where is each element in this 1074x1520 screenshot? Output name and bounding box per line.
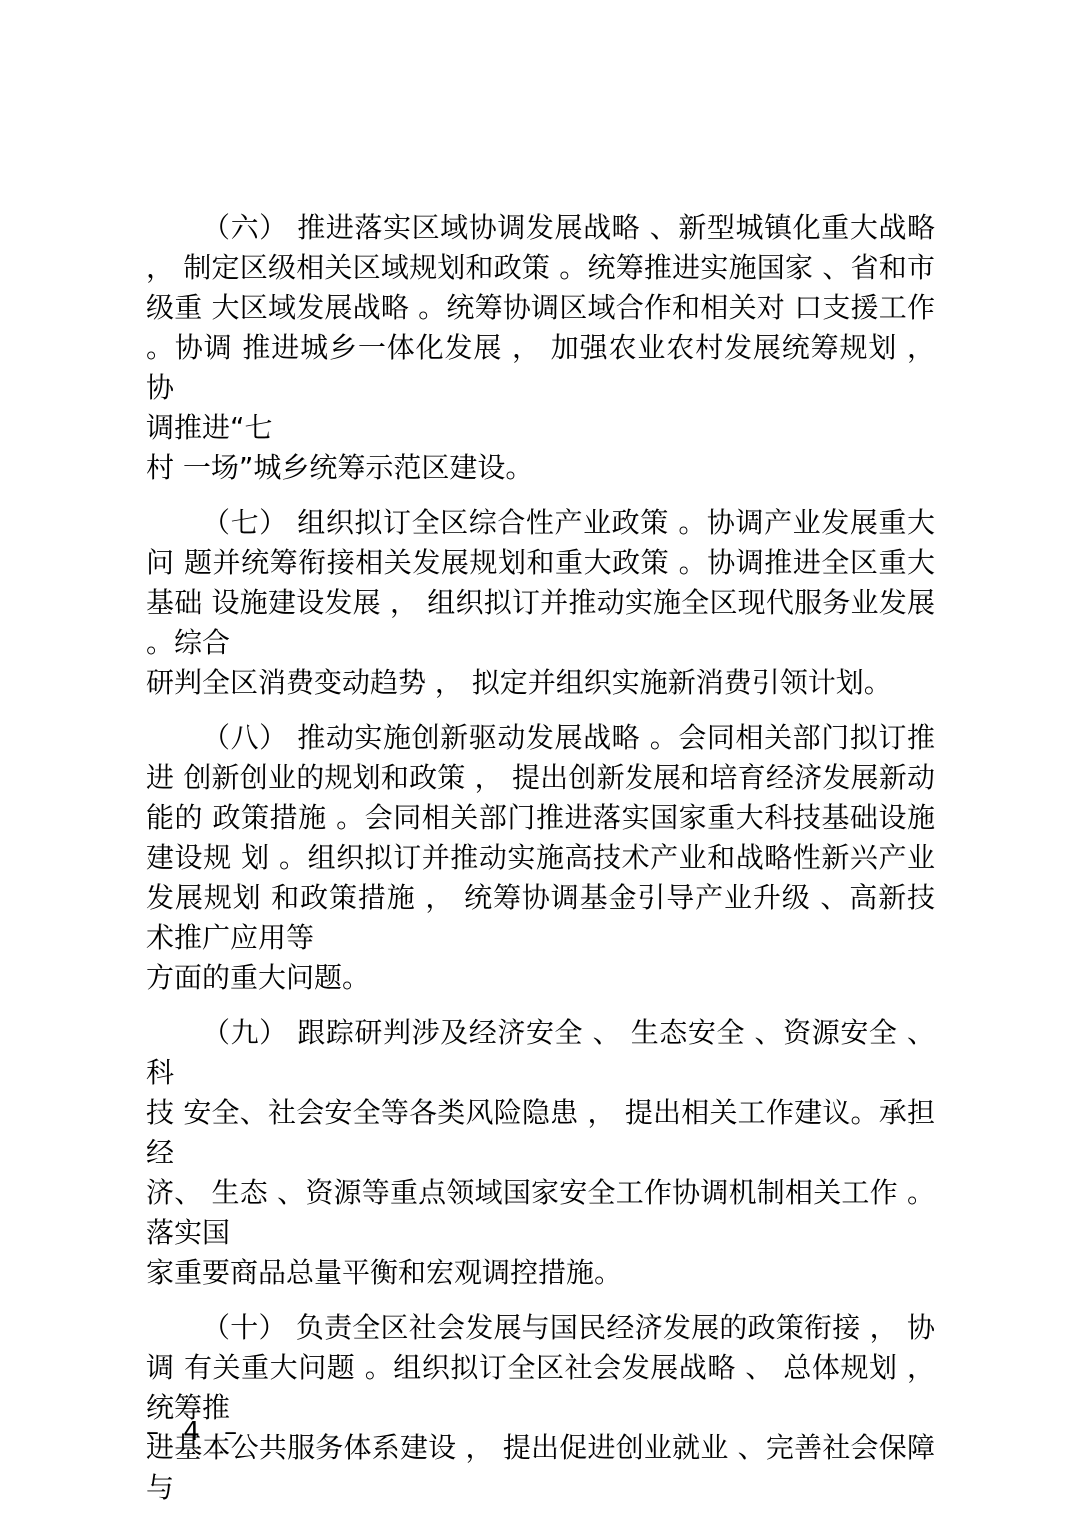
text-line: 统筹推	[146, 1388, 935, 1428]
text-line: 进 创新创业的规划和政策 ， 提出创新发展和培育经济发展新动	[146, 758, 935, 798]
text-line: ， 制定区级相关区域规划和政策 。统筹推进实施国家 、省和市	[146, 248, 935, 288]
text-line: 方面的重大问题。	[146, 958, 935, 998]
text-line: 问 题并统筹衔接相关发展规划和重大政策 。协调推进全区重大	[146, 543, 935, 583]
paragraph-clause-6: （六） 推进落实区域协调发展战略 、新型城镇化重大战略， 制定区级相关区域规划和…	[146, 208, 935, 488]
text-line: 。综合	[146, 623, 935, 663]
page-number: – 4 –	[146, 1417, 241, 1447]
text-line: 调推进“七	[146, 408, 935, 448]
text-line: 进基本公共服务体系建设 ， 提出促进创业就业 、完善社会保障	[146, 1428, 935, 1468]
text-line: 建设规 划 。组织拟订并推动实施高技术产业和战略性新兴产业	[146, 838, 935, 878]
paragraph-clause-7: （七） 组织拟订全区综合性产业政策 。协调产业发展重大问 题并统筹衔接相关发展规…	[146, 503, 935, 703]
text-line: 与	[146, 1468, 935, 1508]
page-footer: – 4 –	[146, 1416, 241, 1448]
text-line: 术推广应用等	[146, 918, 935, 958]
text-line: 落实国	[146, 1213, 935, 1253]
text-line: （九） 跟踪研判涉及经济安全 、 生态安全 、资源安全 、科	[146, 1013, 935, 1093]
text-line: 基础 设施建设发展 ， 组织拟订并推动实施全区现代服务业发展	[146, 583, 935, 623]
paragraph-clause-9: （九） 跟踪研判涉及经济安全 、 生态安全 、资源安全 、科技 安全、社会安全等…	[146, 1013, 935, 1293]
text-line: 。协调 推进城乡一体化发展 ， 加强农业农村发展统筹规划 ， 协	[146, 328, 935, 408]
document-page: （六） 推进落实区域协调发展战略 、新型城镇化重大战略， 制定区级相关区域规划和…	[0, 0, 1074, 1520]
text-line: （八） 推动实施创新驱动发展战略 。会同相关部门拟订推	[146, 718, 935, 758]
text-line: 济、 生态 、资源等重点领域国家安全工作协调机制相关工作 。	[146, 1173, 935, 1213]
paragraph-clause-8: （八） 推动实施创新驱动发展战略 。会同相关部门拟订推进 创新创业的规划和政策 …	[146, 718, 935, 998]
document-body: （六） 推进落实区域协调发展战略 、新型城镇化重大战略， 制定区级相关区域规划和…	[146, 208, 935, 1520]
text-line: 能的 政策措施 。会同相关部门推进落实国家重大科技基础设施	[146, 798, 935, 838]
text-line: （七） 组织拟订全区综合性产业政策 。协调产业发展重大	[146, 503, 935, 543]
text-line: （十） 负责全区社会发展与国民经济发展的政策衔接 ， 协	[146, 1308, 935, 1348]
text-line: 家重要商品总量平衡和宏观调控措施。	[146, 1253, 935, 1293]
text-line: 村 一场”城乡统筹示范区建设。	[146, 448, 935, 488]
text-line: 技 安全、社会安全等各类风险隐患 ， 提出相关工作建议。承担经	[146, 1093, 935, 1173]
text-line: 调 有关重大问题 。组织拟订全区社会发展战略 、 总体规划 ，	[146, 1348, 935, 1388]
text-line: 级重 大区域发展战略 。统筹协调区域合作和相关对 口支援工作	[146, 288, 935, 328]
text-line: 研判全区消费变动趋势 ， 拟定并组织实施新消费引领计划。	[146, 663, 935, 703]
text-line: 发展规划 和政策措施 ， 统筹协调基金引导产业升级 、高新技	[146, 878, 935, 918]
text-line: （六） 推进落实区域协调发展战略 、新型城镇化重大战略	[146, 208, 935, 248]
paragraph-clause-10: （十） 负责全区社会发展与国民经济发展的政策衔接 ， 协调 有关重大问题 。组织…	[146, 1308, 935, 1508]
